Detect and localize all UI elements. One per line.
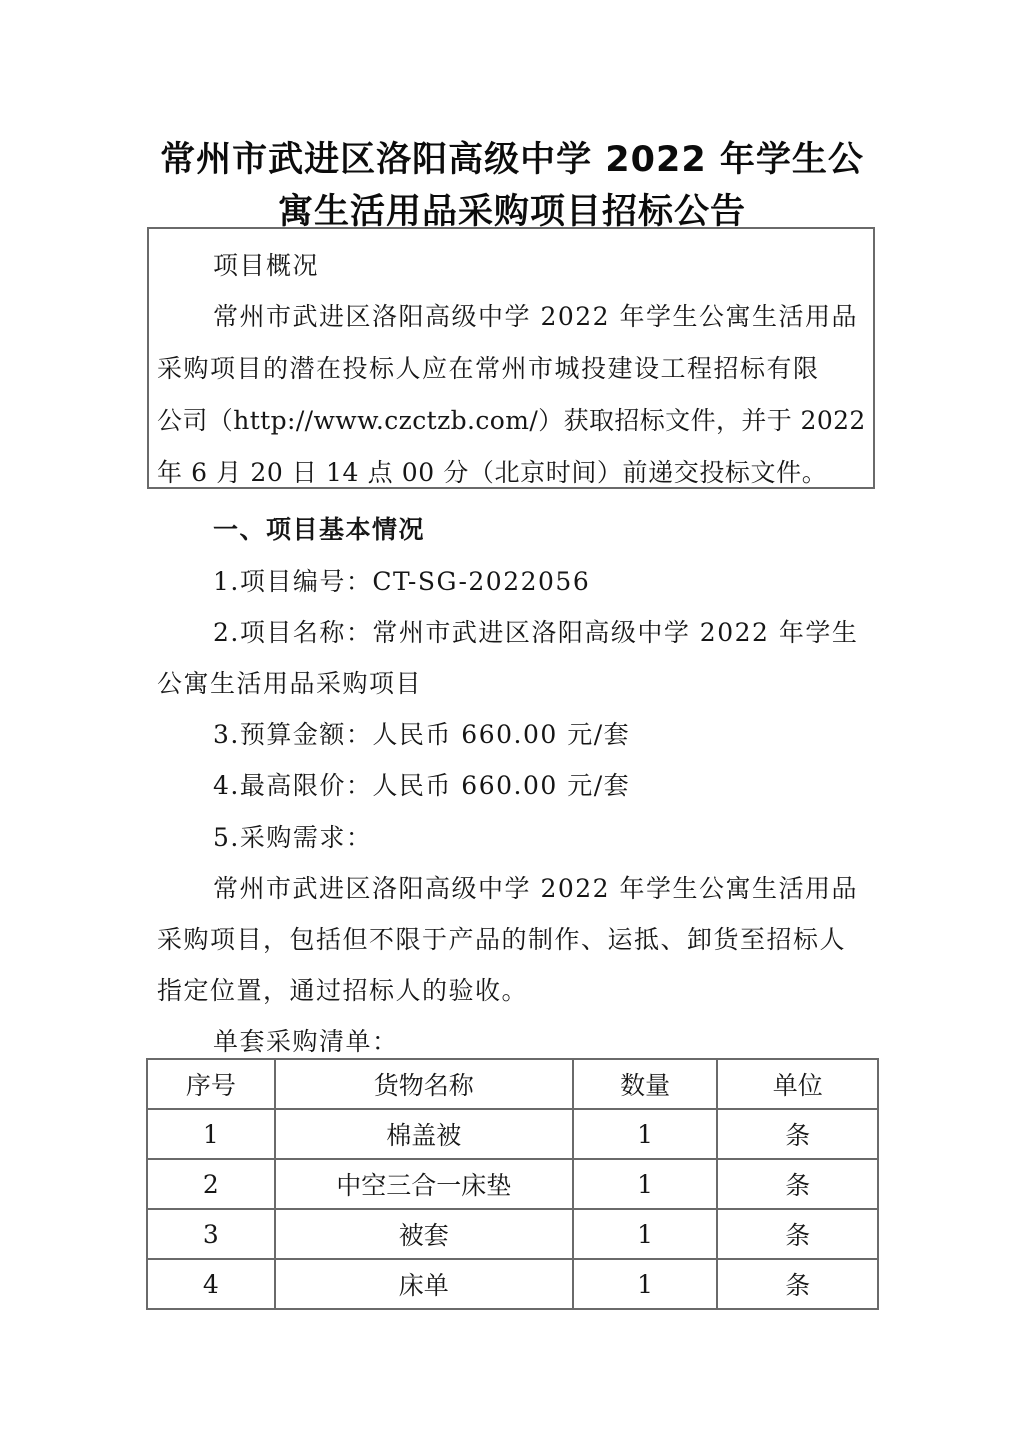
cell-unit: 条 xyxy=(717,1259,878,1309)
requirement-line-2: 采购项目，包括但不限于产品的制作、运抵、卸货至招标人 xyxy=(157,920,846,956)
header-quantity: 数量 xyxy=(573,1059,718,1109)
cell-index: 4 xyxy=(147,1259,275,1309)
budget-amount: 3.预算金额：人民币 660.00 元/套 xyxy=(213,715,630,751)
cell-index: 3 xyxy=(147,1209,275,1259)
project-number: 1.项目编号：CT-SG-2022056 xyxy=(213,562,590,598)
cell-unit: 条 xyxy=(717,1159,878,1209)
cell-quantity: 1 xyxy=(573,1159,718,1209)
cell-goods-name: 中空三合一床垫 xyxy=(275,1159,573,1209)
document-title-line-1: 常州市武进区洛阳高级中学 2022 年学生公 xyxy=(0,132,1024,182)
cell-unit: 条 xyxy=(717,1109,878,1159)
overview-line-1: 常州市武进区洛阳高级中学 2022 年学生公寓生活用品 xyxy=(213,297,858,333)
overview-line-2: 采购项目的潜在投标人应在常州市城投建设工程招标有限 xyxy=(157,349,820,385)
max-price: 4.最高限价：人民币 660.00 元/套 xyxy=(213,766,630,802)
overview-heading: 项目概况 xyxy=(213,246,319,282)
requirement-line-1: 常州市武进区洛阳高级中学 2022 年学生公寓生活用品 xyxy=(213,869,858,905)
table-row: 4 床单 1 条 xyxy=(147,1259,878,1309)
overview-line-3: 公司（http://www.czctzb.com/）获取招标文件，并于 2022 xyxy=(157,401,866,437)
purchase-list-label: 单套采购清单： xyxy=(213,1022,399,1058)
table-row: 1 棉盖被 1 条 xyxy=(147,1109,878,1159)
cell-goods-name: 被套 xyxy=(275,1209,573,1259)
cell-quantity: 1 xyxy=(573,1209,718,1259)
cell-goods-name: 棉盖被 xyxy=(275,1109,573,1159)
purchase-list-table: 序号 货物名称 数量 单位 1 棉盖被 1 条 2 中空三合一床垫 1 条 3 … xyxy=(146,1058,879,1310)
overview-line-4: 年 6 月 20 日 14 点 00 分（北京时间）前递交投标文件。 xyxy=(157,453,827,489)
cell-quantity: 1 xyxy=(573,1259,718,1309)
table-header-row: 序号 货物名称 数量 单位 xyxy=(147,1059,878,1109)
cell-unit: 条 xyxy=(717,1209,878,1259)
header-goods-name: 货物名称 xyxy=(275,1059,573,1109)
header-unit: 单位 xyxy=(717,1059,878,1109)
procurement-needs-label: 5.采购需求： xyxy=(213,818,372,854)
header-index: 序号 xyxy=(147,1059,275,1109)
table-row: 3 被套 1 条 xyxy=(147,1209,878,1259)
cell-quantity: 1 xyxy=(573,1109,718,1159)
requirement-line-3: 指定位置，通过招标人的验收。 xyxy=(157,971,528,1007)
cell-index: 1 xyxy=(147,1109,275,1159)
project-name-line-1: 2.项目名称：常州市武进区洛阳高级中学 2022 年学生 xyxy=(213,613,858,649)
cell-index: 2 xyxy=(147,1159,275,1209)
cell-goods-name: 床单 xyxy=(275,1259,573,1309)
project-name-line-2: 公寓生活用品采购项目 xyxy=(157,664,422,700)
table-row: 2 中空三合一床垫 1 条 xyxy=(147,1159,878,1209)
section-1-heading: 一、项目基本情况 xyxy=(213,510,425,546)
